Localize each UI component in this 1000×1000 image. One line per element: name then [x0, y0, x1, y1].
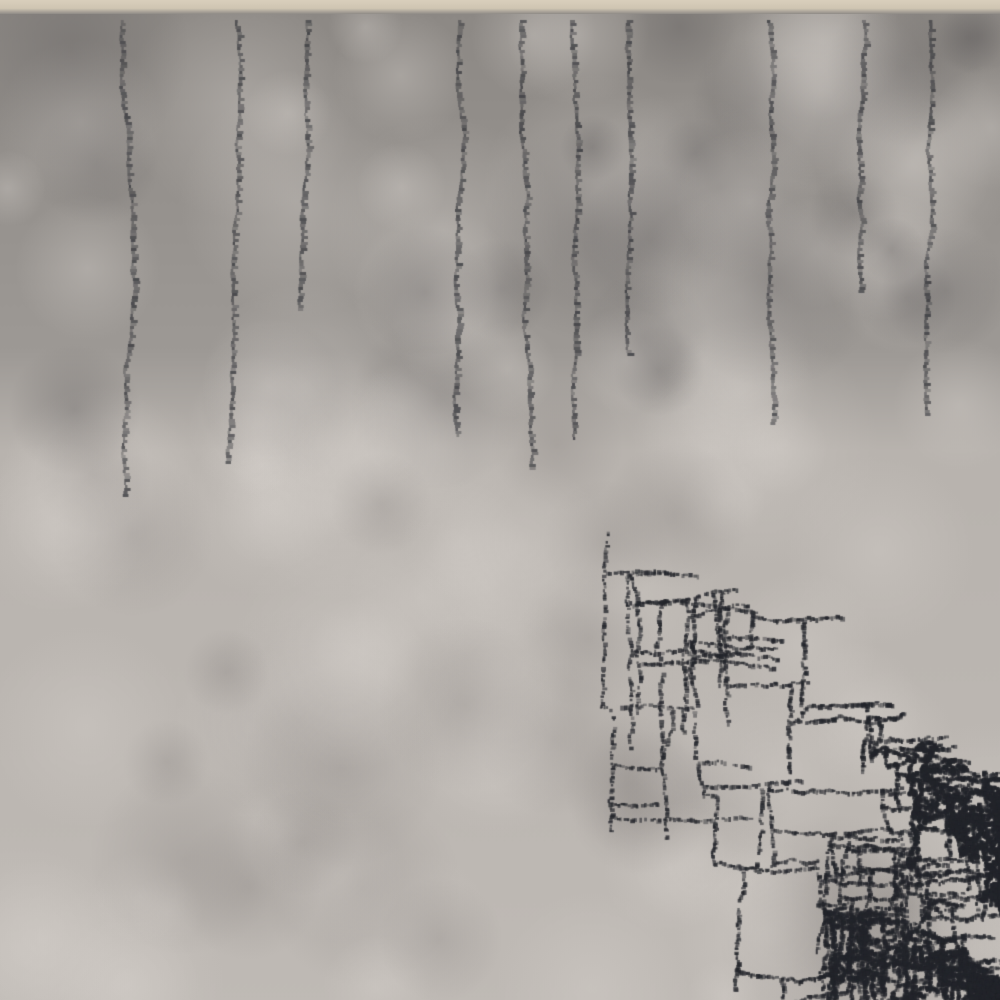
rug-fringe-edge [0, 0, 1000, 14]
rug-texture-image [0, 0, 1000, 1000]
